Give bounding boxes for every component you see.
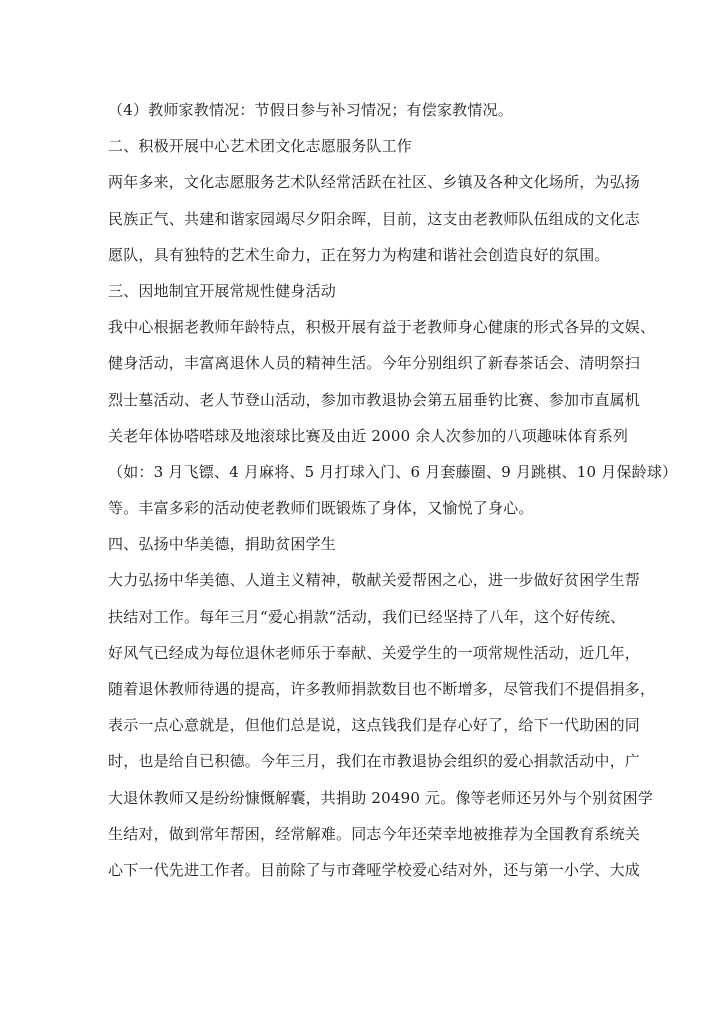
document-page: （4）教师家教情况：节假日参与补习情况；有偿家教情况。 二、积极开展中心艺术团文… [108,92,614,888]
paragraph-line: 我中心根据老教师年龄特点，积极开展有益于老教师身心健康的形式各异的文娱、 [108,309,614,345]
paragraph-line: 关老年体协嗒嗒球及地滚球比赛及由近 2000 余人次参加的八项趣味体育系列 [108,418,614,454]
paragraph-line: 大退休教师又是纷纷慷慨解囊，共捐助 20490 元。像等老师还另外与个别贫困学 [108,780,614,816]
section-heading-4: 四、弘扬中华美德，捐助贫困学生 [108,526,614,562]
paragraph-line: 时，也是给自已积德。今年三月，我们在市教退协会组织的爱心捐款活动中，广 [108,743,614,779]
paragraph-line: 随着退休教师待遇的提高，许多教师捐款数目也不断增多，尽管我们不提倡捐多， [108,671,614,707]
section-heading-3: 三、因地制宜开展常规性健身活动 [108,273,614,309]
section-heading-2: 二、积极开展中心艺术团文化志愿服务队工作 [108,128,614,164]
paragraph-line: 民族正气、共建和谐家园竭尽夕阳余晖，目前，这支由老教师队伍组成的文化志 [108,201,614,237]
paragraph-line: 扶结对工作。每年三月“爱心捐款“活动，我们已经坚持了八年，这个好传统、 [108,599,614,635]
paragraph-line: 等。丰富多彩的活动使老教师们既锻炼了身体，又愉悦了身心。 [108,490,614,526]
paragraph-line: 两年多来，文化志愿服务艺术队经常活跃在社区、乡镇及各种文化场所，为弘扬 [108,164,614,200]
list-item-tutoring: （4）教师家教情况：节假日参与补习情况；有偿家教情况。 [108,92,614,128]
paragraph-line: 心下一代先进工作者。目前除了与市聋哑学校爱心结对外，还与第一小学、大成 [108,852,614,888]
paragraph-line: 好风气已经成为每位退休老师乐于奉献、关爱学生的一项常规性活动，近几年， [108,635,614,671]
paragraph-line: 愿队，具有独特的艺术生命力，正在努力为构建和谐社会创造良好的氛围。 [108,237,614,273]
paragraph-line: 烈士墓活动、老人节登山活动，参加市教退协会第五届垂钓比赛、参加市直属机 [108,382,614,418]
paragraph-line: 大力弘扬中华美德、人道主义精神，敬献关爱帮困之心，进一步做好贫困学生帮 [108,562,614,598]
paragraph-line: （如：3 月飞镖、4 月麻将、5 月打球入门、6 月套藤圈、9 月跳棋、10 月… [108,454,614,490]
paragraph-line: 生结对，做到常年帮困，经常解难。同志今年还荣幸地被推荐为全国教育系统关 [108,816,614,852]
paragraph-line: 健身活动，丰富离退休人员的精神生活。今年分别组织了新春茶话会、清明祭扫 [108,345,614,381]
paragraph-line: 表示一点心意就是，但他们总是说，这点钱我们是存心好了，给下一代助困的同 [108,707,614,743]
